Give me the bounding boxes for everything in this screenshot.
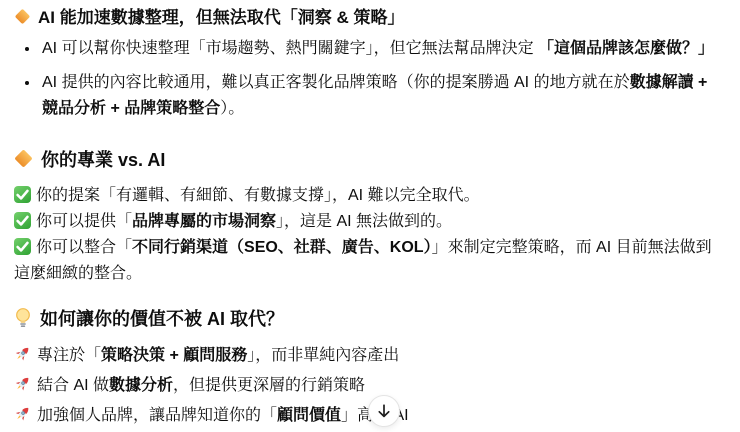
check-mark-icon <box>14 238 31 255</box>
text-segment-bold: 數據分析 <box>109 377 173 394</box>
text-segment: 加強個人品牌，讓品牌知道你的「 <box>37 407 277 424</box>
check-line: 你的提案「有邏輯、有細節、有數據支撐」，AI 難以完全取代。 <box>14 183 726 209</box>
text-segment: 你的提案「有邏輯、有細節、有數據支撐」，AI 難以完全取代。 <box>36 187 480 204</box>
text-segment-bold: 不同行銷渠道（SEO、社群、廣告、KOL） <box>132 239 432 256</box>
text-segment: 」，這是 AI 無法做到的。 <box>276 213 452 230</box>
list-item: AI 提供的內容比較通用，難以真正客製化品牌策略（你的提案勝過 AI 的地方就在… <box>42 70 726 122</box>
text-segment: 專注於「 <box>37 347 101 364</box>
rocket-icon <box>14 345 32 363</box>
text-segment-bold: 品牌專屬的市場洞察 <box>132 213 276 230</box>
small-orange-diamond-icon <box>14 149 32 167</box>
check-mark-icon <box>14 212 31 229</box>
text-segment: 你可以提供「 <box>36 213 132 230</box>
check-line: 你可以整合「不同行銷渠道（SEO、社群、廣告、KOL）」來制定完整策略，而 AI… <box>14 235 726 287</box>
bullet-list: AI 可以幫你快速整理「市場趨勢、熱門關鍵字」，但它無法幫品牌決定 「這個品牌該… <box>14 36 726 122</box>
text-segment: 你可以整合「 <box>36 239 132 256</box>
rocket-line: 結合 AI 做數據分析，但提供更深層的行銷策略 <box>14 371 726 401</box>
text-segment: AI 可以幫你快速整理「市場趨勢、熱門關鍵字」，但它無法幫品牌決定 <box>42 40 538 57</box>
arrow-down-icon <box>375 402 393 420</box>
text-segment-bold: 顧問價值 <box>277 407 341 424</box>
rocket-icon <box>14 405 32 423</box>
small-orange-diamond-icon <box>15 9 31 25</box>
scroll-to-bottom-button[interactable] <box>368 395 400 427</box>
rocket-line: 專注於「策略決策 + 顧問服務」，而非單純內容產出 <box>14 341 726 371</box>
rocket-icon <box>14 375 32 393</box>
text-segment-bold: 策略決策 + 顧問服務 <box>101 347 247 364</box>
list-item: AI 可以幫你快速整理「市場趨勢、熱門關鍵字」，但它無法幫品牌決定 「這個品牌該… <box>42 36 726 62</box>
text-segment: 結合 AI 做 <box>37 377 109 394</box>
heading-text: 如何讓你的價值不被 AI 取代？ <box>40 309 284 329</box>
heading-text: 你的專業 vs. AI <box>41 150 165 170</box>
section-heading-ai-limits: AI 能加速數據整理，但無法取代「洞察 & 策略」 <box>14 6 726 30</box>
checklist-paragraph: 你的提案「有邏輯、有細節、有數據支撐」，AI 難以完全取代。 你可以提供「品牌專… <box>14 183 726 287</box>
chat-message-content: AI 能加速數據整理，但無法取代「洞察 & 策略」 AI 可以幫你快速整理「市場… <box>0 0 740 431</box>
section-heading-how-to-keep-value: 如何讓你的價值不被 AI 取代？ <box>14 306 726 332</box>
light-bulb-icon <box>14 307 32 329</box>
check-line: 你可以提供「品牌專屬的市場洞察」，這是 AI 無法做到的。 <box>14 209 726 235</box>
text-segment: 」，而非單純內容產出 <box>247 347 399 364</box>
text-segment: AI 提供的內容比較通用，難以真正客製化品牌策略（你的提案勝過 AI 的地方就在… <box>42 74 630 91</box>
check-mark-icon <box>14 186 31 203</box>
text-segment: ，但提供更深層的行銷策略 <box>173 377 365 394</box>
text-segment-bold: 「這個品牌該怎麼做？」 <box>538 40 714 57</box>
section-heading-your-expertise-vs-ai: 你的專業 vs. AI <box>14 147 726 173</box>
heading-text: AI 能加速數據整理，但無法取代「洞察 & 策略」 <box>38 8 404 27</box>
text-segment: ）。 <box>220 100 244 117</box>
